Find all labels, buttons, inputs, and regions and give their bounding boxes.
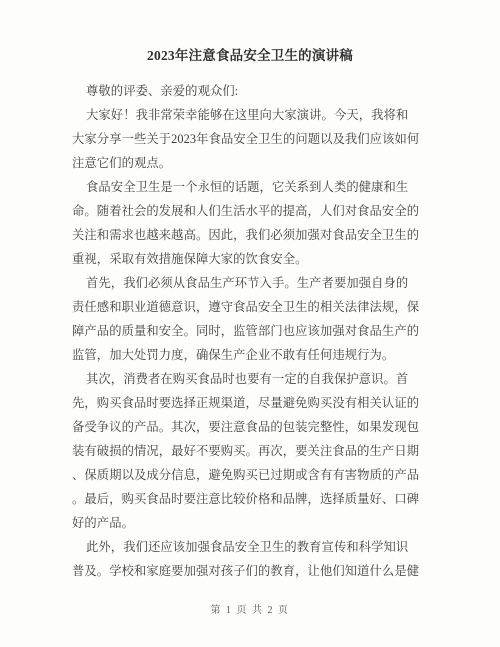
text-line: 关注和需求也越来越高。因此，我们必须加强对食品安全卫生的: [72, 223, 418, 247]
paragraph-education: 此外，我们还应该加强食品安全卫生的教育宣传和科学知识 普及。学校和家庭要加强对孩…: [72, 535, 418, 583]
text-line: 命。随着社会的发展和人们生活水平的提高，人们对食品安全的: [72, 199, 418, 223]
text-line: 首先，我们必须从食品生产环节入手。生产者要加强自身的: [72, 271, 418, 295]
text-line: 、保质期以及成分信息，避免购买已过期或含有有害物质的产品: [72, 463, 418, 487]
text-line: 责任感和职业道德意识，遵守食品安全卫生的相关法律法规，保: [72, 295, 418, 319]
text-line: 障产品的质量和安全。同时，监管部门也应该加强对食品生产的: [72, 319, 418, 343]
text-line: 。最后，购买食品时要注意比较价格和品牌，选择质量好、口碑: [72, 487, 418, 511]
paragraph-intro: 大家好！我非常荣幸能够在这里向大家演讲。今天，我将和 大家分享一些关于2023年…: [72, 103, 418, 175]
page-number-footer: 第 1 页 共 2 页: [0, 602, 500, 620]
text-line: 监管，加大处罚力度，确保生产企业不敢有任何违规行为。: [72, 343, 418, 367]
text-line: 大家分享一些关于2023年食品安全卫生的问题以及我们应该如何: [72, 127, 418, 151]
text-line: 注意它们的观点。: [72, 151, 418, 175]
document-page: 2023年注意食品安全卫生的演讲稿 尊敬的评委、亲爱的观众们: 大家好！我非常荣…: [0, 0, 500, 647]
text-line: 重视，采取有效措施保障大家的饮食安全。: [72, 247, 418, 271]
text-line: 备受争议的产品。其次，要注意食品的包装完整性，如果发现包: [72, 415, 418, 439]
text-line: 尊敬的评委、亲爱的观众们:: [72, 79, 418, 103]
text-line: 此外，我们还应该加强食品安全卫生的教育宣传和科学知识: [72, 535, 418, 559]
text-line: 食品安全卫生是一个永恒的话题，它关系到人类的健康和生: [72, 175, 418, 199]
paragraph-greeting: 尊敬的评委、亲爱的观众们:: [72, 79, 418, 103]
text-line: 好的产品。: [72, 511, 418, 535]
paragraph-topic: 食品安全卫生是一个永恒的话题，它关系到人类的健康和生 命。随着社会的发展和人们生…: [72, 175, 418, 271]
paragraph-production: 首先，我们必须从食品生产环节入手。生产者要加强自身的 责任感和职业道德意识，遵守…: [72, 271, 418, 367]
text-line: 其次，消费者在购买食品时也要有一定的自我保护意识。首: [72, 367, 418, 391]
document-title: 2023年注意食品安全卫生的演讲稿: [0, 45, 500, 67]
text-line: 大家好！我非常荣幸能够在这里向大家演讲。今天，我将和: [72, 103, 418, 127]
text-line: 普及。学校和家庭要加强对孩子们的教育，让他们知道什么是健: [72, 559, 418, 583]
paragraph-consumer: 其次，消费者在购买食品时也要有一定的自我保护意识。首 先，购买食品时要选择正规渠…: [72, 367, 418, 535]
text-line: 先，购买食品时要选择正规渠道，尽量避免购买没有相关认证的: [72, 391, 418, 415]
document-body: 尊敬的评委、亲爱的观众们: 大家好！我非常荣幸能够在这里向大家演讲。今天，我将和…: [72, 79, 418, 583]
text-line: 装有破损的情况，最好不要购买。再次，要关注食品的生产日期: [72, 439, 418, 463]
